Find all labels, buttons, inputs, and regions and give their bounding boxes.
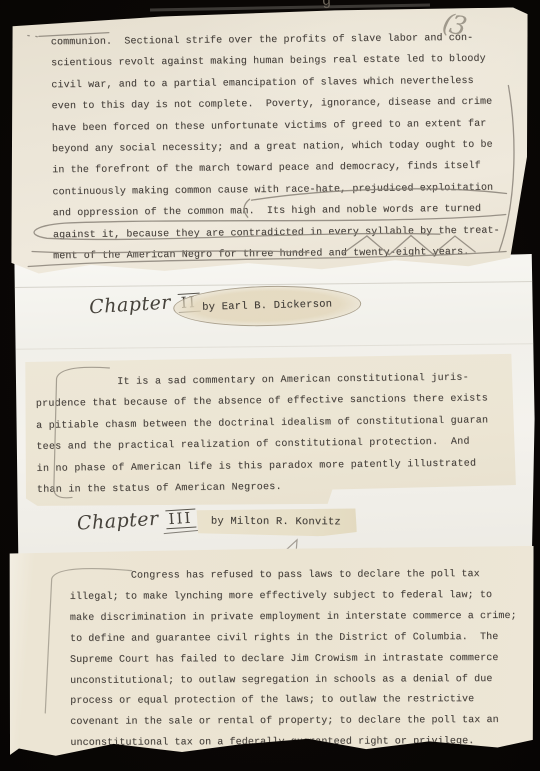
text-line: illegal; to make lynching more effective… [70,586,517,609]
top-sheet: communion. Sectional strife over the pro… [5,7,532,284]
chapter3-word: Chapter [76,508,159,535]
stray-typed-glyph: g [322,0,332,10]
konvitz-byline-slip: by Milton R. Konvitz [195,507,357,536]
text-line: unconstitutional tax on a federally guar… [70,732,517,755]
excerpt2-slip: It is a sad commentary on American const… [23,353,517,509]
chapter3-numeral: III [165,509,196,530]
text-line: Supreme Court has failed to declare Jim … [70,649,517,672]
middle-sheet: ChapterII by Earl B. Dickerson It is a s… [13,254,536,558]
text-line: process or equal protection of the laws;… [70,690,517,713]
bottom-sheet: Congress has refused to pass laws to dec… [8,545,535,759]
text-line: covenant in the sale or rental of proper… [70,711,517,734]
chapter3-byline: by Milton R. Konvitz [211,516,341,529]
dickerson-byline-slip: by Earl B. Dickerson [173,284,362,329]
text-line: than in the status of American Negroes. [37,474,489,501]
chapter2-word: Chapter [89,291,172,318]
photographed-manuscript: g communion. Sectional strife over the p… [0,0,540,771]
paper-crease [14,343,535,349]
chapter2-byline: by Earl B. Dickerson [202,298,332,313]
text-line: to define and guarantee civil rights in … [70,628,517,651]
typed-paragraph-middle: It is a sad commentary on American const… [35,367,489,501]
text-line: make discrimination in private employmen… [70,607,517,630]
text-line: unconstitutional; to outlaw segregation … [70,669,517,692]
chapter3-heading: ChapterIII [76,506,196,535]
text-line: Congress has refused to pass laws to dec… [70,565,517,588]
typed-paragraph-bottom: Congress has refused to pass laws to dec… [70,565,518,755]
typed-paragraph-top: communion. Sectional strife over the pro… [51,28,500,268]
